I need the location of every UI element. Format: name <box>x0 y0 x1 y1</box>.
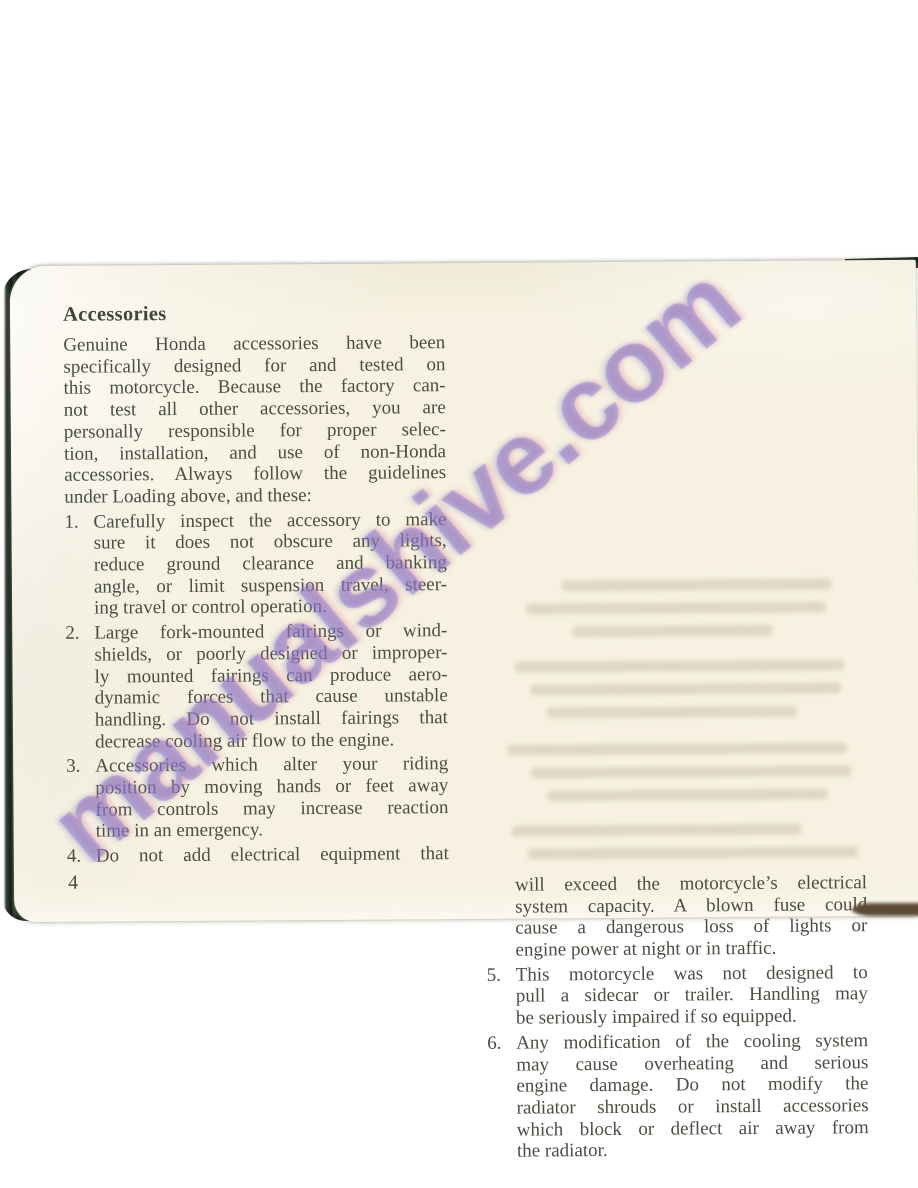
item-4-continuation: will exceed the motorcycle’s electricals… <box>486 872 868 961</box>
scan-smudge <box>852 903 918 916</box>
item-text: Any modification of the cooling systemma… <box>516 1030 869 1163</box>
list-item-4: 4. Do not add electrical equipment that <box>67 843 449 867</box>
item-number: 5. <box>487 964 501 986</box>
manual-page: Accessories Genuine Honda accessories ha… <box>10 260 918 922</box>
scanned-manual-page: Accessories Genuine Honda accessories ha… <box>0 0 918 1188</box>
section-heading: Accessories <box>63 299 445 328</box>
list-item-6: 6. Any modification of the cooling syste… <box>487 1030 869 1163</box>
item-text: Do not add electrical equipment that <box>96 843 449 867</box>
right-column: will exceed the motorcycle’s electricals… <box>486 872 869 1163</box>
item-text: Carefully inspect the accessory to makes… <box>93 509 447 620</box>
item-text: Large fork-mounted fairings or wind-shie… <box>94 620 448 753</box>
item-number: 4. <box>67 846 81 868</box>
item-number: 1. <box>64 511 78 533</box>
item-number: 6. <box>487 1033 501 1055</box>
item-number: 3. <box>66 756 80 778</box>
list-item-5: 5. This motorcycle was not designed topu… <box>487 962 868 1030</box>
bleed-through-text <box>486 578 874 872</box>
page-number: 4 <box>68 872 78 895</box>
list-item-2: 2. Large fork-mounted fairings or wind-s… <box>65 620 448 753</box>
left-column: Accessories Genuine Honda accessories ha… <box>63 299 449 868</box>
item-number: 2. <box>65 623 79 645</box>
list-item-3: 3. Accessories which alter your ridingpo… <box>66 753 449 842</box>
intro-paragraph: Genuine Honda accessories have beenspeci… <box>63 332 446 508</box>
item-text: Accessories which alter your ridingposit… <box>95 753 449 842</box>
list-item-1: 1. Carefully inspect the accessory to ma… <box>64 509 447 620</box>
item-text: This motorcycle was not designed topull … <box>516 962 868 1030</box>
